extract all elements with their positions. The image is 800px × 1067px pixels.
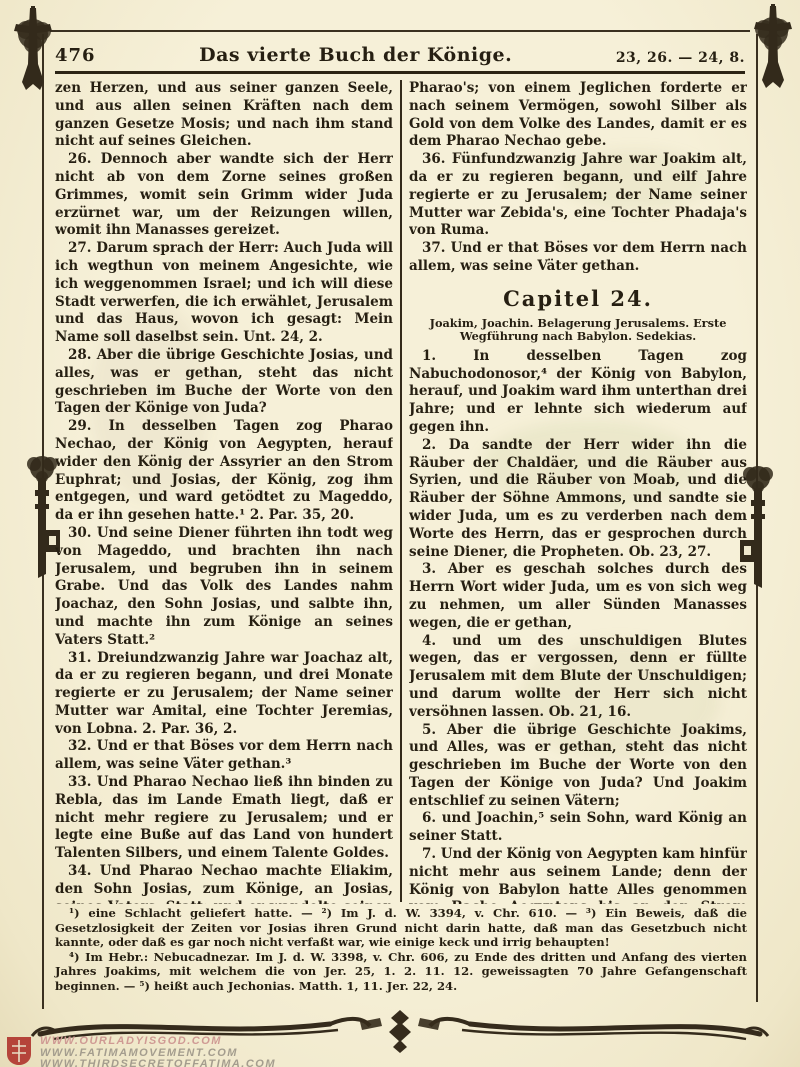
watermark-crest-logo	[6, 1036, 32, 1067]
verse-paragraph: 34. Und Pharao Nechao machte Eliakim, de…	[55, 863, 393, 904]
verse-paragraph: 6. und Joachin,⁵ sein Sohn, ward König a…	[409, 810, 747, 846]
verse-paragraph: 36. Fünfundzwanzig Jahre war Joakim alt,…	[409, 151, 747, 240]
verse-paragraph: 5. Aber die übrige Geschichte Joakims, u…	[409, 722, 747, 811]
verse-paragraph: 26. Dennoch aber wandte sich der Herr ni…	[55, 151, 393, 240]
page-header: 476 Das vierte Buch der Könige. 23, 26. …	[55, 36, 745, 66]
verse-paragraph: 29. In desselben Tagen zog Pharao Nechao…	[55, 418, 393, 525]
verse-paragraph: 28. Aber die übrige Geschichte Josias, u…	[55, 347, 393, 418]
verse-paragraph: 33. Und Pharao Nechao ließ ihn binden zu…	[55, 774, 393, 863]
watermark-url: WWW.OURLADYISGOD.COM	[40, 1036, 276, 1048]
verse-paragraph: 32. Und er that Böses vor dem Herrn nach…	[55, 738, 393, 774]
verse-paragraph: 1. In desselben Tagen zog Nabuchodonosor…	[409, 348, 747, 437]
footnote-paragraph: ⁴) Im Hebr.: Nebucadnezar. Im J. d. W. 3…	[55, 950, 747, 994]
verse-paragraph: 31. Dreiundzwanzig Jahre war Joachaz alt…	[55, 650, 393, 739]
verse-paragraph: 3. Aber es geschah solches durch des Her…	[409, 561, 747, 632]
scripture-columns: zen Herzen, und aus seiner ganzen Seele,…	[55, 80, 747, 904]
watermark: WWW.OURLADYISGOD.COM WWW.FATIMAMOVEMENT.…	[6, 1036, 276, 1067]
verse-paragraph: 7. Und der König von Aegypten kam hinfür…	[409, 846, 747, 904]
passage-range: 23, 26. — 24, 8.	[616, 50, 745, 66]
left-column: zen Herzen, und aus seiner ganzen Seele,…	[55, 80, 393, 904]
verse-paragraph: Pharao's; von einem Jeglichen forderte e…	[409, 80, 747, 151]
verse-paragraph: 4. und um des unschuldigen Blutes wegen,…	[409, 633, 747, 722]
verse-paragraph: 2. Da sandte der Herr wider ihn die Räub…	[409, 437, 747, 562]
chapter-heading: Capitel 24.	[409, 286, 747, 312]
verse-paragraph: zen Herzen, und aus seiner ganzen Seele,…	[55, 80, 393, 151]
verse-paragraph: 27. Darum sprach der Herr: Auch Juda wil…	[55, 240, 393, 347]
column-divider-rule	[400, 80, 402, 902]
page-number: 476	[55, 45, 96, 66]
verse-paragraph: 37. Und er that Böses vor dem Herrn nach…	[409, 240, 747, 276]
cross-ornament-icon	[742, 2, 800, 98]
watermark-url: WWW.THIRDSECRETOFFATIMA.COM	[40, 1059, 276, 1067]
footnotes-section: ¹) eine Schlacht geliefert hatte. — ²) I…	[55, 906, 747, 994]
right-column: Pharao's; von einem Jeglichen forderte e…	[409, 80, 747, 904]
chapter-summary: Joakim, Joachin. Belagerung Jerusalems. …	[409, 317, 747, 344]
frame-top-rule	[50, 30, 750, 32]
book-title: Das vierte Buch der Könige.	[96, 44, 616, 66]
footnote-paragraph: ¹) eine Schlacht geliefert hatte. — ²) I…	[55, 906, 747, 950]
verse-paragraph: 30. Und seine Diener führten ihn todt we…	[55, 525, 393, 650]
watermark-urls: WWW.OURLADYISGOD.COM WWW.FATIMAMOVEMENT.…	[40, 1036, 276, 1067]
header-rule	[55, 71, 745, 74]
